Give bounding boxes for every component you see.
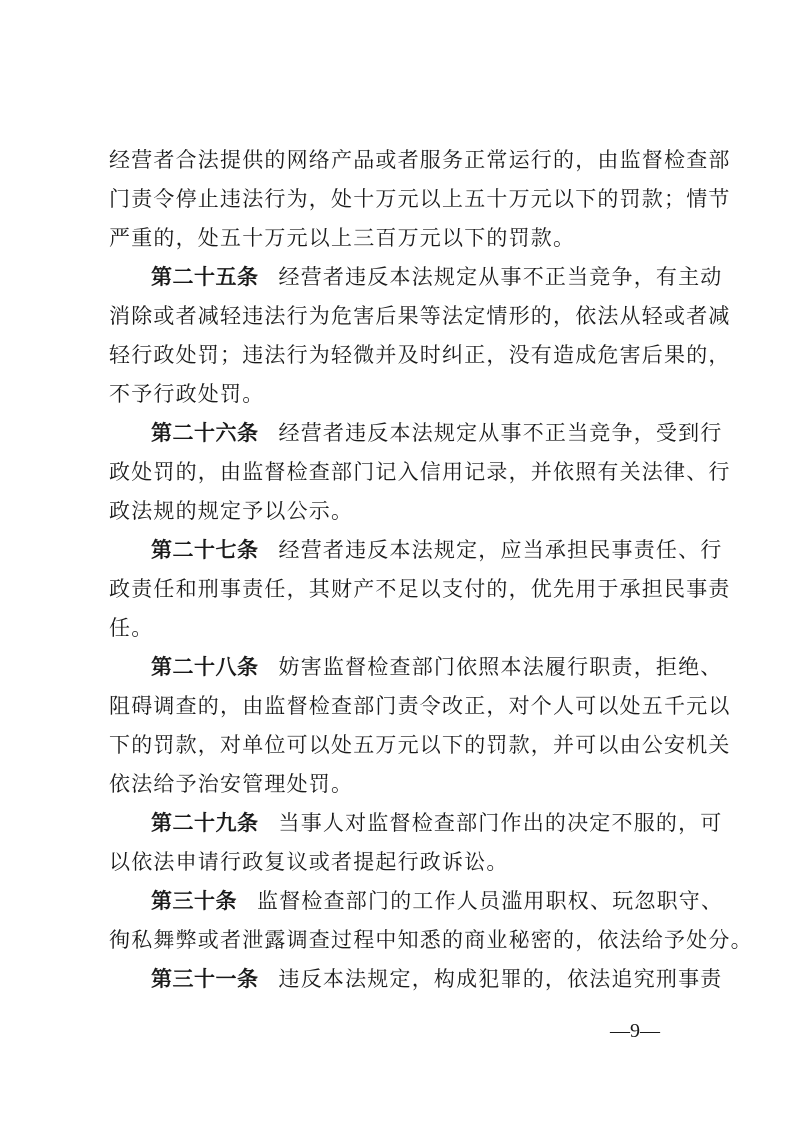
- article-26: 第二十六条经营者违反本法规定从事不正当竞争，受到行 政处罚的，由监督检查部门记入…: [109, 414, 709, 531]
- text-line: 第三十条监督检查部门的工作人员滥用职权、玩忽职守、: [109, 882, 709, 921]
- text-line: 第二十九条当事人对监督检查部门作出的决定不服的，可: [109, 804, 709, 843]
- document-body: 经营者合法提供的网络产品或者服务正常运行的，由监督检查部 门责令停止违法行为，处…: [109, 141, 709, 999]
- paragraph-continuation: 经营者合法提供的网络产品或者服务正常运行的，由监督检查部 门责令停止违法行为，处…: [109, 141, 709, 258]
- article-text: 经营者违反本法规定从事不正当竞争，受到行: [279, 421, 723, 445]
- text-line: 第三十一条违反本法规定，构成犯罪的，依法追究刑事责: [109, 960, 709, 999]
- article-28: 第二十八条妨害监督检查部门依照本法履行职责，拒绝、 阻碍调查的，由监督检查部门责…: [109, 648, 709, 804]
- document-page: 经营者合法提供的网络产品或者服务正常运行的，由监督检查部 门责令停止违法行为，处…: [0, 0, 800, 1131]
- text-line: 依法给予治安管理处罚。: [109, 765, 709, 804]
- article-25: 第二十五条经营者违反本法规定从事不正当竞争，有主动 消除或者减轻违法行为危害后果…: [109, 258, 709, 414]
- text-line: 第二十五条经营者违反本法规定从事不正当竞争，有主动: [109, 258, 709, 297]
- text-line: 下的罚款，对单位可以处五万元以下的罚款，并可以由公安机关: [109, 726, 709, 765]
- article-text: 违反本法规定，构成犯罪的，依法追究刑事责: [279, 967, 723, 991]
- article-number: 第三十一条: [151, 967, 259, 991]
- text-line: 徇私舞弊或者泄露调查过程中知悉的商业秘密的，依法给予处分。: [109, 921, 709, 960]
- article-text: 当事人对监督检查部门作出的决定不服的，可: [279, 811, 723, 835]
- article-number: 第二十九条: [151, 811, 259, 835]
- text-line: 以依法申请行政复议或者提起行政诉讼。: [109, 843, 709, 882]
- article-number: 第三十条: [151, 889, 237, 913]
- text-line: 政责任和刑事责任，其财产不足以支付的，优先用于承担民事责: [109, 570, 709, 609]
- article-27: 第二十七条经营者违反本法规定，应当承担民事责任、行 政责任和刑事责任，其财产不足…: [109, 531, 709, 648]
- article-text: 经营者违反本法规定，应当承担民事责任、行: [279, 538, 723, 562]
- page-number: —9—: [610, 1020, 660, 1043]
- article-30: 第三十条监督检查部门的工作人员滥用职权、玩忽职守、 徇私舞弊或者泄露调查过程中知…: [109, 882, 709, 960]
- text-line: 消除或者减轻违法行为危害后果等法定情形的，依法从轻或者减: [109, 297, 709, 336]
- text-line: 严重的，处五十万元以上三百万元以下的罚款。: [109, 219, 709, 258]
- text-line: 门责令停止违法行为，处十万元以上五十万元以下的罚款；情节: [109, 180, 709, 219]
- article-number: 第二十五条: [151, 265, 259, 289]
- text-line: 任。: [109, 609, 709, 648]
- article-text: 监督检查部门的工作人员滥用职权、玩忽职守、: [257, 889, 723, 913]
- text-line: 经营者合法提供的网络产品或者服务正常运行的，由监督检查部: [109, 141, 709, 180]
- text-line: 第二十六条经营者违反本法规定从事不正当竞争，受到行: [109, 414, 709, 453]
- text-line: 第二十七条经营者违反本法规定，应当承担民事责任、行: [109, 531, 709, 570]
- article-number: 第二十八条: [151, 655, 259, 679]
- text-line: 政处罚的，由监督检查部门记入信用记录，并依照有关法律、行: [109, 453, 709, 492]
- text-line: 第二十八条妨害监督检查部门依照本法履行职责，拒绝、: [109, 648, 709, 687]
- article-text: 妨害监督检查部门依照本法履行职责，拒绝、: [279, 655, 723, 679]
- text-line: 轻行政处罚；违法行为轻微并及时纠正，没有造成危害后果的，: [109, 336, 709, 375]
- article-29: 第二十九条当事人对监督检查部门作出的决定不服的，可 以依法申请行政复议或者提起行…: [109, 804, 709, 882]
- article-number: 第二十七条: [151, 538, 259, 562]
- article-number: 第二十六条: [151, 421, 259, 445]
- article-31: 第三十一条违反本法规定，构成犯罪的，依法追究刑事责: [109, 960, 709, 999]
- article-text: 经营者违反本法规定从事不正当竞争，有主动: [279, 265, 723, 289]
- text-line: 阻碍调查的，由监督检查部门责令改正，对个人可以处五千元以: [109, 687, 709, 726]
- text-line: 不予行政处罚。: [109, 375, 709, 414]
- text-line: 政法规的规定予以公示。: [109, 492, 709, 531]
